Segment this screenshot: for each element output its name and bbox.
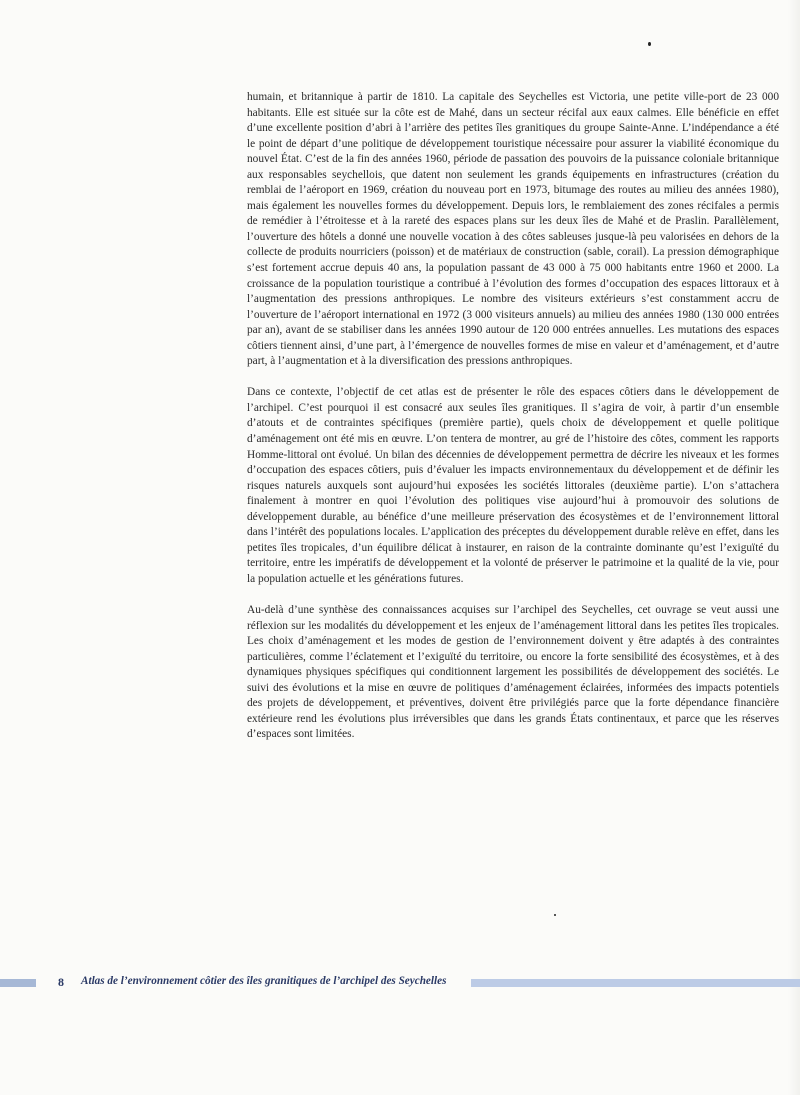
page-footer: 8 Atlas de l’environnement côtier des îl… [0, 976, 800, 990]
page-edge-shadow [788, 0, 800, 1095]
paper-speck [648, 42, 651, 46]
page-number: 8 [58, 975, 64, 990]
footer-bar-left [0, 979, 36, 987]
paragraph: humain, et britannique à partir de 1810.… [247, 90, 779, 370]
paper-speck [554, 914, 556, 916]
running-title: Atlas de l’environnement côtier des îles… [81, 975, 446, 987]
footer-bar-right [471, 979, 800, 987]
body-text: humain, et britannique à partir de 1810.… [247, 90, 779, 758]
paragraph: Dans ce contexte, l’objectif de cet atla… [247, 385, 779, 587]
paragraph: Au-delà d’une synthèse des connaissances… [247, 603, 779, 743]
